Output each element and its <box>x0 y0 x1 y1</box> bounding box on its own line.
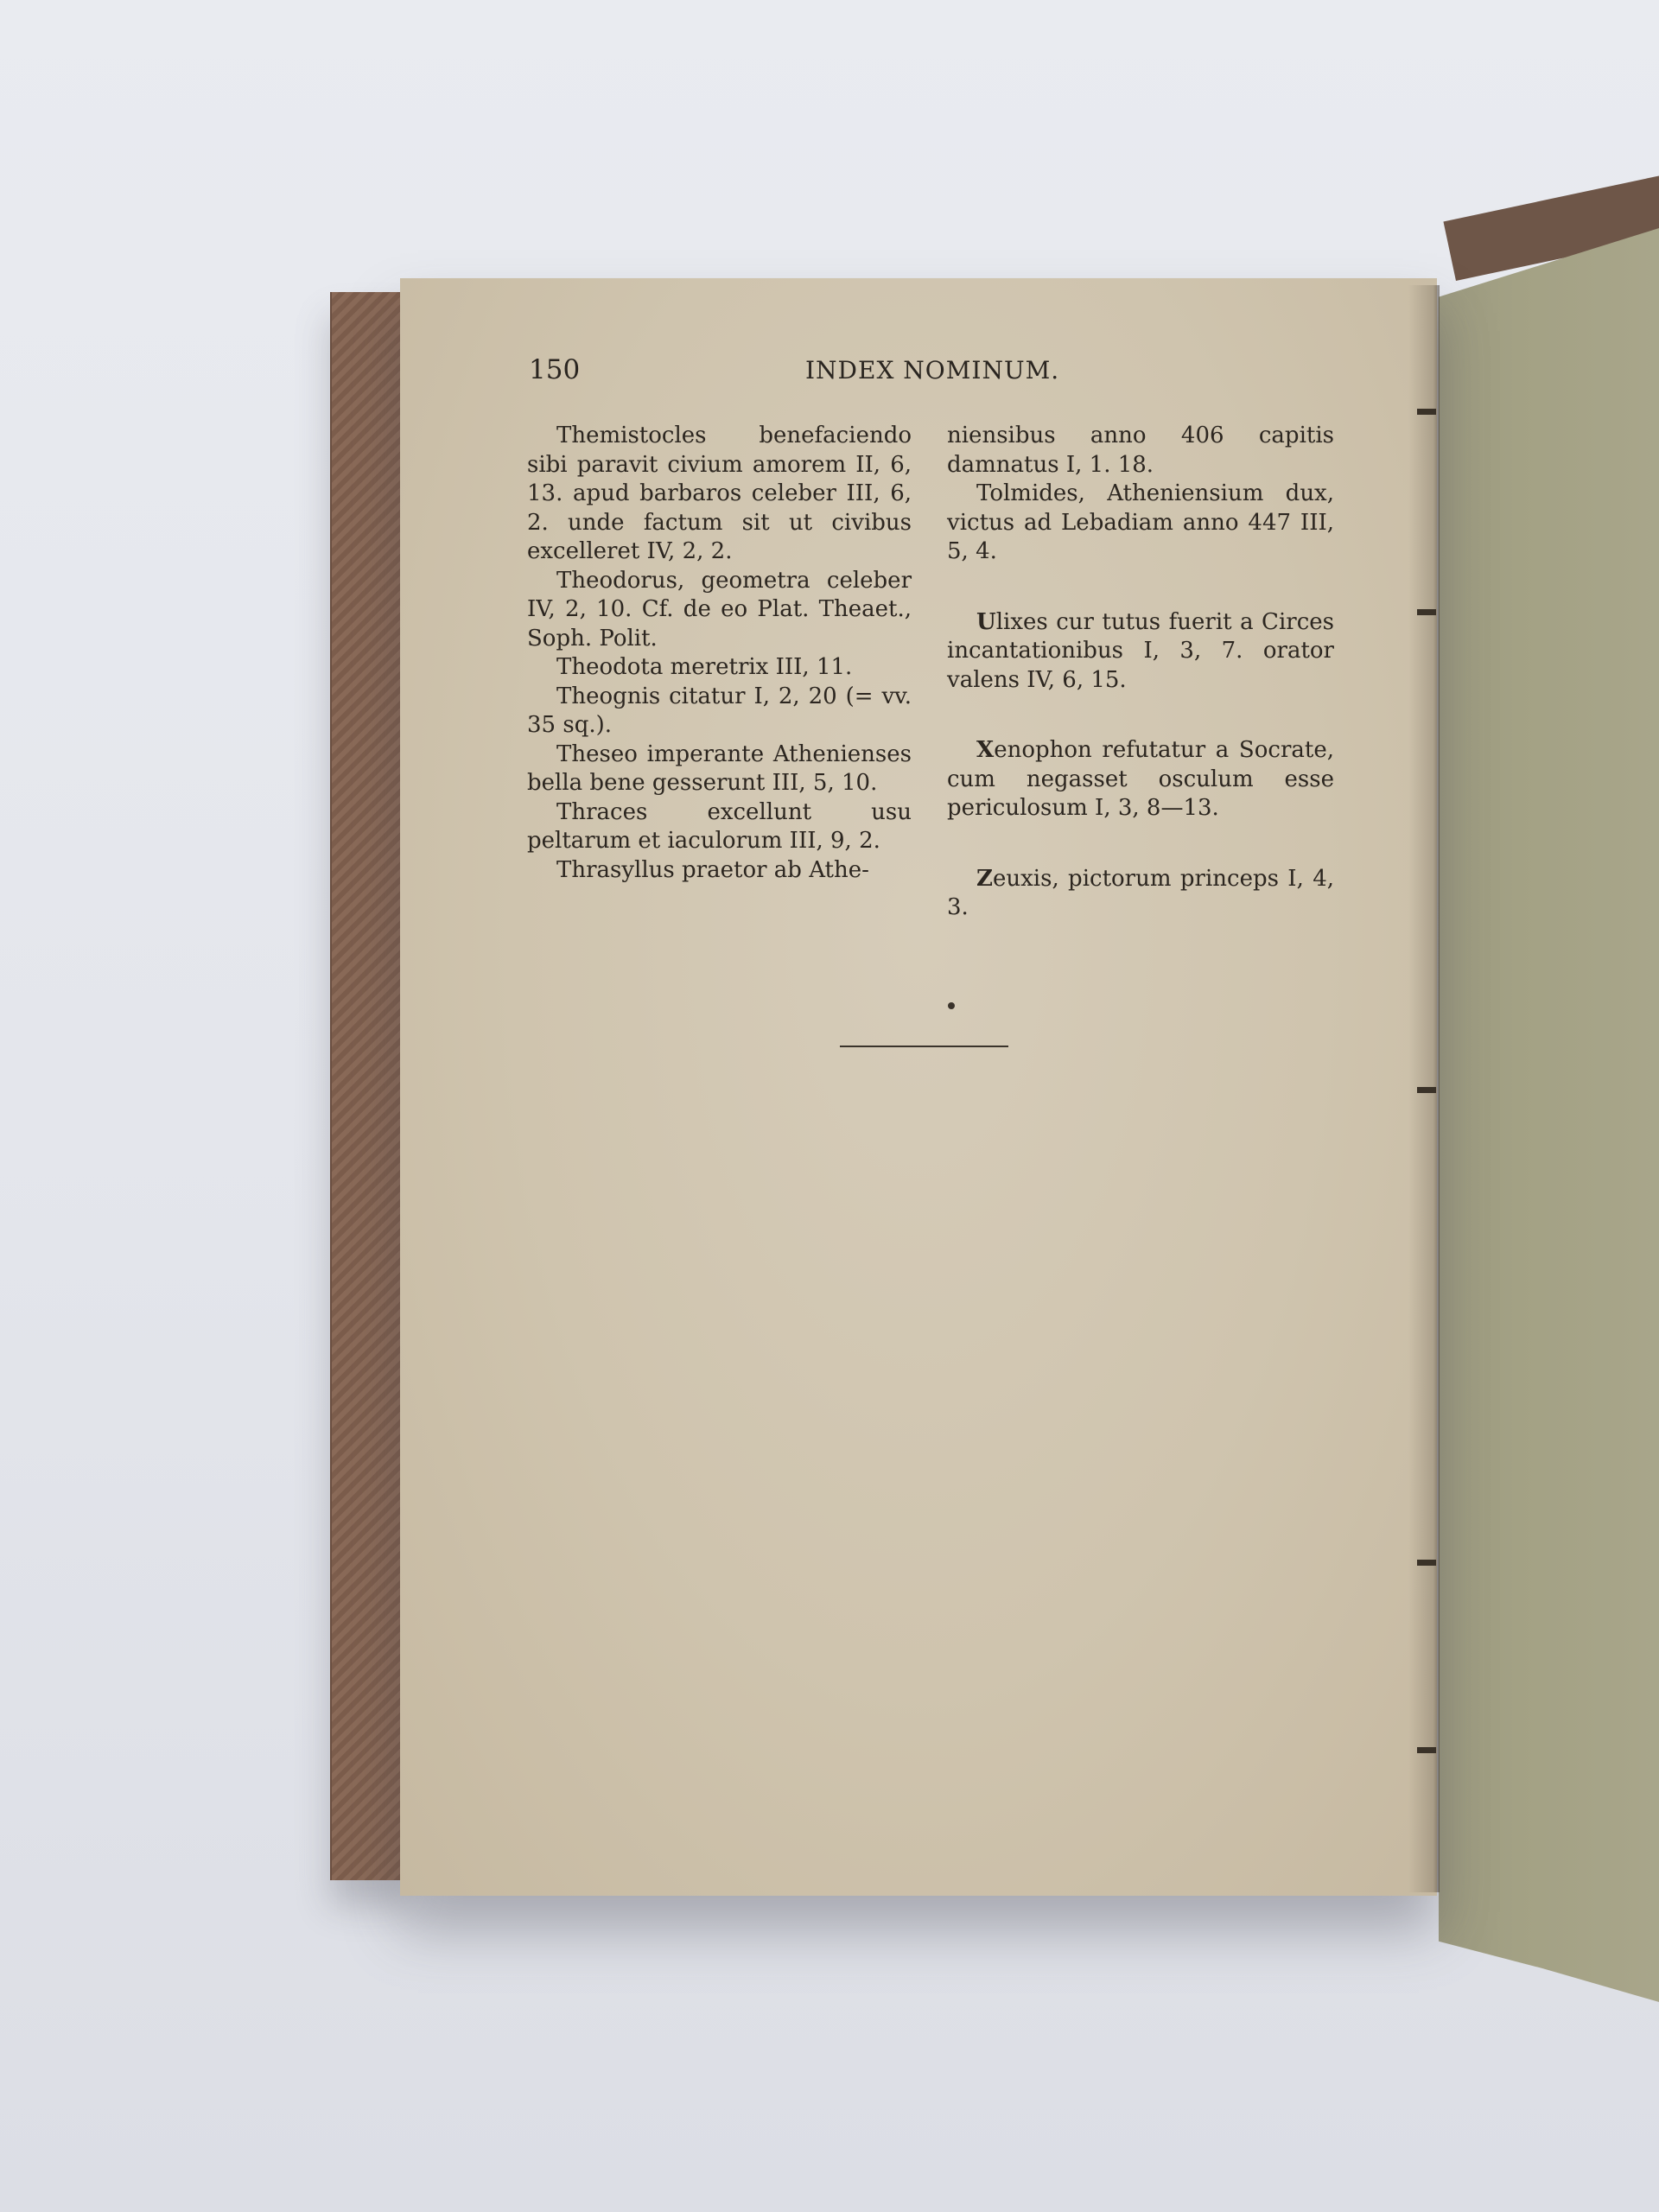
section-initial: U <box>976 609 996 635</box>
section-initial: X <box>976 737 994 763</box>
facing-page <box>1439 216 1659 2013</box>
page-number: 150 <box>529 354 580 385</box>
index-entry: Theognis citatur I, 2, 20 (= vv. 35 sq.)… <box>527 683 912 741</box>
ink-speck <box>948 1002 955 1009</box>
index-entry: Ulixes cur tutus fuerit a Circes incanta… <box>947 608 1334 696</box>
binding-stitch <box>1417 1747 1436 1753</box>
index-entry: Theseo imperante Athenienses bella bene … <box>527 741 912 798</box>
binding-stitch <box>1417 609 1436 615</box>
index-column-right: niensibus anno 406 capitis damnatus I, 1… <box>947 422 1334 923</box>
running-head: 150 INDEX NOMINUM. <box>529 354 1345 389</box>
section-gap <box>947 695 1334 736</box>
index-entry: Theodorus, geometra celeber IV, 2, 10. C… <box>527 567 912 654</box>
binding-stitch <box>1417 409 1436 415</box>
index-column-left: Themistocles benefaciendo sibi paravit c… <box>527 422 912 885</box>
index-entry: Zeuxis, pictorum princeps I, 4, 3. <box>947 865 1334 923</box>
entry-text: lixes cur tutus fuerit a Circes incantat… <box>947 609 1334 693</box>
entry-text: enophon refutatur a Socrate, cum negasse… <box>947 737 1334 821</box>
binding-stitch <box>1417 1087 1436 1093</box>
end-rule <box>840 1046 1008 1047</box>
index-entry: Thrasyllus praetor ab Athe- <box>527 856 912 886</box>
index-entry: Theodota meretrix III, 11. <box>527 653 912 683</box>
index-entry: Xenophon refutatur a Socrate, cum negass… <box>947 736 1334 823</box>
index-entry: Tolmides, Atheniensium dux, victus ad Le… <box>947 480 1334 567</box>
binding-stitch <box>1417 1560 1436 1566</box>
book-back-cover <box>330 292 410 1880</box>
section-gap <box>947 567 1334 608</box>
entry-text: euxis, pictorum princeps I, 4, 3. <box>947 866 1334 921</box>
page-title: INDEX NOMINUM. <box>805 356 1059 385</box>
index-entry: Themistocles benefaciendo sibi paravit c… <box>527 422 912 567</box>
section-gap <box>947 823 1334 865</box>
section-initial: Z <box>976 866 993 892</box>
index-entry: Thraces excellunt usu peltarum et iaculo… <box>527 798 912 856</box>
index-entry-continuation: niensibus anno 406 capitis damnatus I, 1… <box>947 422 1334 480</box>
